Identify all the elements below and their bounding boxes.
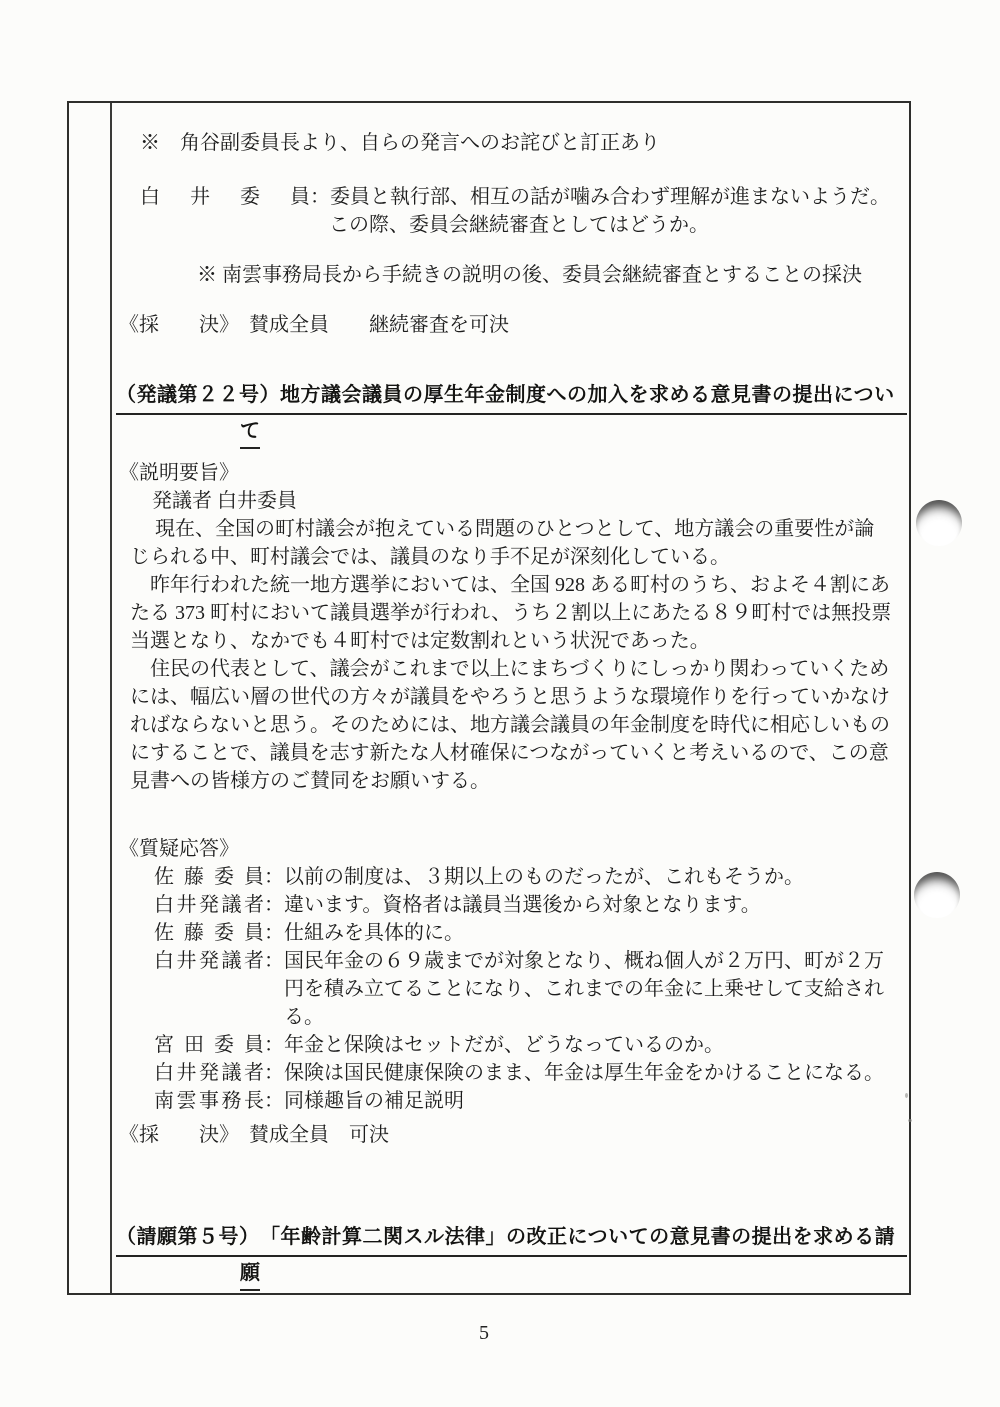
qa-line: 白井発議者：保険は国民健康保険のまま、年金は厚生年金をかけることになる。 (154, 1059, 907, 1087)
speaker-name: 佐藤委員 (154, 919, 264, 947)
speaker-name: 白井発議者 (154, 1059, 264, 1087)
agenda-item-heading: （発議第２２号）地方議会議員の厚生年金制度への加入を求める意見書の提出につい (116, 381, 907, 415)
section-label: 《説明要旨》 (119, 459, 907, 487)
explanation-text-line: にすることで、議員を志す新たな人材確保につながっていくと考えいるので、この意 (130, 739, 907, 767)
qa-line: 白井発議者：国民年金の６９歳までが対象となり、概ね個人が２万円、町が２万 (154, 947, 907, 975)
agenda-item-heading: （請願第５号） 「年齢計算二関スル法律」の改正についての意見書の提出を求める請 (116, 1223, 907, 1257)
speaker-name: 白井委員 (140, 183, 310, 211)
procedural-note: ※ 角谷副委員長より、自らの発言へのお詫びと訂正あり (140, 129, 907, 157)
agenda-item-heading-continuation: て (240, 417, 260, 449)
scan-speck (905, 1093, 908, 1098)
qa-line: 佐藤委員：仕組みを具体的に。 (154, 919, 907, 947)
scan-speck (908, 1119, 912, 1122)
speaker-name: 南雲事務長 (154, 1087, 264, 1115)
section-label: 《質疑応答》 (119, 835, 907, 863)
agenda-item-heading-continuation: 願 (240, 1259, 260, 1291)
vote-result: 《採 決》 賛成全員 可決 (119, 1121, 907, 1149)
speaker-statement: 白井委員：委員と執行部、相互の話が噛み合わず理解が進まないようだ。 (140, 183, 907, 211)
qa-line: 白井発議者：違います。資格者は議員当選後から対象となります。 (154, 891, 907, 919)
page-number: 5 (0, 1322, 968, 1345)
explanation-text-line: 見書への皆様方のご賛同をお願いする。 (130, 767, 907, 795)
qa-line: 南雲事務長：同様趣旨の補足説明 (154, 1087, 907, 1115)
qa-line: 宮田委員：年金と保険はセットだが、どうなっているのか。 (154, 1031, 907, 1059)
minutes-frame: ※ 角谷副委員長より、自らの発言へのお詫びと訂正あり白井委員：委員と執行部、相互… (67, 101, 911, 1295)
explanation-text-line: たる 373 町村において議員選挙が行われ、うち２割以上にあたる８９町村では無投… (130, 599, 907, 627)
qa-line: 佐藤委員：以前の制度は、３期以上のものだったが、これもそうか。 (154, 863, 907, 891)
explanation-text-line: には、幅広い層の世代の方々が議員をやろうと思うような環境作りを行っていかなけ (130, 683, 907, 711)
speaker-name: 宮田委員 (154, 1031, 264, 1059)
vote-result: 《採 決》 賛成全員 継続審査を可決 (119, 311, 907, 339)
explanation-text-line: 当選となり、なかでも４町村では定数割れという状況であった。 (130, 627, 907, 655)
speaker-name: 白井発議者 (154, 947, 264, 975)
speaker-name: 白井発議者 (154, 891, 264, 919)
punch-hole-top (916, 500, 962, 546)
scanned-minutes-page: { "page_number": "5", "minutes": { "line… (0, 0, 1000, 1407)
left-margin-rule (110, 103, 112, 1293)
qa-continuation: 円を積み立てることになり、これまでの年金に上乗せして支給され (284, 975, 907, 1003)
speaker-name: 佐藤委員 (154, 863, 264, 891)
explanation-text-line: 現在、全国の町村議会が抱えている問題のひとつとして、地方議会の重要性が論 (130, 515, 907, 543)
explanation-text-line: 昨年行われた統一地方選挙においては、全国 928 ある町村のうち、およそ４割にあ (130, 571, 907, 599)
presenter-line: 発議者 白井委員 (152, 487, 907, 515)
explanation-text-line: ればならないと思う。そのためには、地方議会議員の年金制度を時代に相応しいもの (130, 711, 907, 739)
punch-hole-bottom (914, 872, 960, 918)
statement-continuation: この際、委員会継続審査としてはどうか。 (329, 211, 907, 239)
qa-continuation: る。 (284, 1003, 907, 1031)
procedural-note: ※ 南雲事務局長から手続きの説明の後、委員会継続審査とすることの採決 (197, 261, 907, 289)
explanation-text-line: 住民の代表として、議会がこれまで以上にまちづくりにしっかり関わっていくため (130, 655, 907, 683)
minutes-content: ※ 角谷副委員長より、自らの発言へのお詫びと訂正あり白井委員：委員と執行部、相互… (114, 103, 907, 1293)
explanation-text-line: じられる中、町村議会では、議員のなり手不足が深刻化している。 (130, 543, 907, 571)
